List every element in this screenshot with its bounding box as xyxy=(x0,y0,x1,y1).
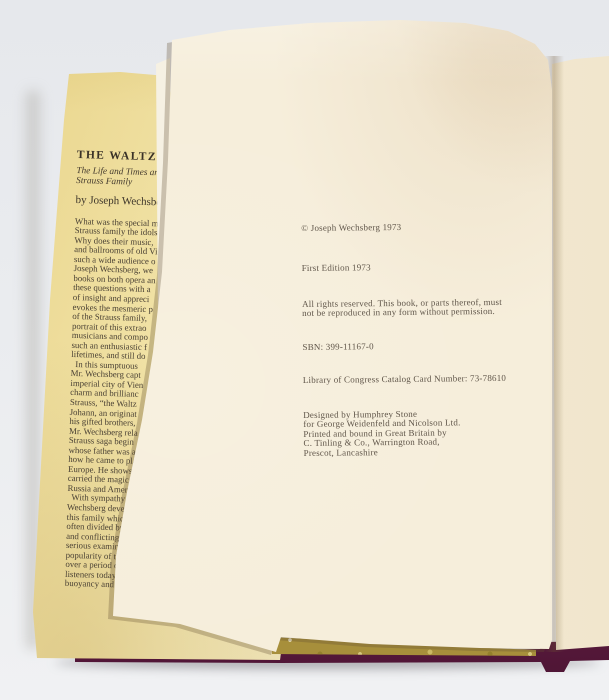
edition-line: First Edition 1973 xyxy=(302,261,572,273)
copyright-text-block: © Joseph Wechsberg 1973 First Edition 19… xyxy=(301,202,574,478)
loc-catalog-number: Library of Congress Catalog Card Number:… xyxy=(303,373,573,385)
copyright-line: © Joseph Wechsberg 1973 xyxy=(301,221,571,233)
loc-line: Library of Congress Catalog Card Number:… xyxy=(303,373,573,385)
colophon-line: Prescot, Lancashire xyxy=(304,446,574,458)
printer-colophon: Designed by Humphrey Stonefor George Wei… xyxy=(303,408,573,459)
sbn-number: SBN: 399-11167-0 xyxy=(302,340,572,352)
edition-statement: First Edition 1973 xyxy=(302,261,572,273)
copyright-notice: © Joseph Wechsberg 1973 xyxy=(301,221,571,233)
rights-line: not be reproduced in any form without pe… xyxy=(302,307,572,319)
book-photo: THE WALTZ EM The Life and Times and MStr… xyxy=(0,0,609,700)
sbn-line: SBN: 399-11167-0 xyxy=(302,340,572,352)
rights-statement: All rights reserved. This book, or parts… xyxy=(302,297,572,319)
